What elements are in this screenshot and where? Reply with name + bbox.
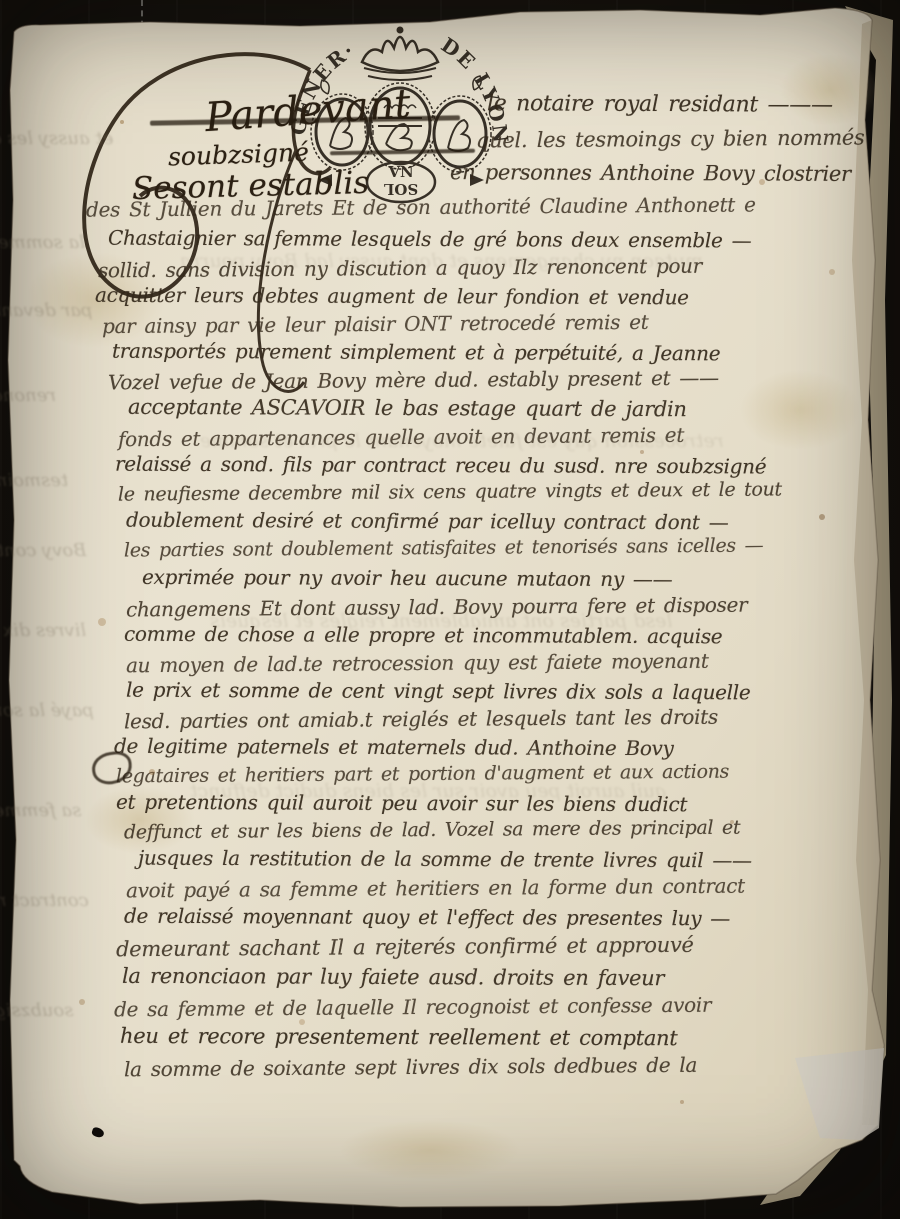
manuscript-line: doublement desiré et confirmé par icellu… [126, 508, 729, 535]
bleedthrough-ghost-text: renoncé [0, 385, 56, 406]
manuscript-line: demeurant sachant Il a rejterés confirmé… [116, 933, 694, 962]
foxing-spots [120, 120, 124, 124]
manuscript-line: quel. les tesmoings cy bien nommés [476, 125, 865, 152]
manuscript-line: la renonciaon par luy faiete ausd. droit… [122, 964, 664, 990]
bleedthrough-ghost-text: tesmoings [0, 470, 68, 491]
manuscript-line: Vozel vefue de Jean Bovy mère dud. estab… [108, 366, 719, 395]
opening-word-pardevant: Pardevant [204, 81, 412, 141]
manuscript-line: acquitter leurs debtes augment de leur f… [95, 283, 689, 310]
bleedthrough-ghost-text: et aussy les choses [0, 128, 113, 149]
manuscript-line: les parties sont doublement satisfaites … [124, 534, 763, 561]
bleedthrough-ghost-text: par devant nous [0, 300, 92, 321]
manuscript-line: acceptante ASCAVOIR le bas estage quart … [128, 395, 687, 421]
handwriting-layer: Pardevant soubzsigné Sesont establis le … [0, 0, 900, 1219]
manuscript-line: de relaissé moyennant quoy et l'effect d… [124, 904, 730, 931]
bleedthrough-ghost-text: sa femme et [0, 800, 81, 821]
manuscript-line: transportés purement simplement et à per… [112, 339, 720, 366]
bleedthrough-ghost-text: lesd parties ont amiablement reiglés et … [210, 610, 673, 632]
manuscript-line: le neufiesme decembre mil six cens quatr… [118, 478, 782, 505]
manuscript-line: la somme de soixante sept livres dix sol… [124, 1053, 697, 1082]
manuscript-line: avoit payé a sa femme et heritiers en la… [126, 874, 745, 903]
bleedthrough-ghost-text: mutaon ny changemens et dont aussy lad B… [180, 250, 703, 272]
bleedthrough-ghost-text: la somme de [0, 232, 85, 253]
bleedthrough-ghost-text: quil auroit peu avoir sur les biens dudi… [190, 780, 667, 802]
manuscript-photo: { "document_type": "manuscrit notarial a… [0, 0, 900, 1219]
bleedthrough-ghost-text: soubzsigné [0, 1000, 73, 1021]
manuscript-line: par ainsy par vie leur plaisir ONT retro… [102, 310, 649, 338]
bleedthrough-ghost-text: Bovy contract [0, 540, 87, 561]
bleedthrough-ghost-text: payé la somme [0, 700, 94, 721]
manuscript-line: de sa femme et de laquelle Il recognoist… [114, 993, 711, 1022]
bleedthrough-ghost-text: livres dix sols [0, 620, 86, 641]
manuscript-line: deffunct et sur les biens de lad. Vozel … [124, 817, 740, 844]
manuscript-line: le notaire royal residant ——— [487, 91, 833, 118]
manuscript-line: heu et recore presentement reellement et… [120, 1024, 678, 1050]
bleedthrough-ghost-text: retrocession quy est faiete moyenant le … [200, 430, 724, 452]
manuscript-line: exprimée pour ny avoir heu aucune mutaon… [142, 565, 672, 591]
manuscript-line: relaissé a sond. fils par contract receu… [115, 452, 766, 479]
manuscript-line: des St Jullien du Jarets Et de son autho… [86, 192, 756, 221]
manuscript-line: Chastaignier sa femme lesquels de gré bo… [108, 226, 751, 253]
manuscript-line: le prix et somme de cent vingt sept livr… [126, 678, 751, 705]
manuscript-line: de legitime paternels et maternels dud. … [114, 734, 674, 760]
bleedthrough-ghost-text: contract receu [0, 890, 89, 911]
manuscript-line: au moyen de lad.te retrocession quy est … [126, 649, 709, 678]
manuscript-line: lesd. parties ont amiab.t reiglés et les… [124, 705, 718, 734]
manuscript-line: en personnes Anthoine Bovy clostrier [450, 160, 851, 186]
manuscript-line: jusques la restitution de la somme de tr… [138, 846, 752, 873]
ink-strike [330, 149, 475, 156]
